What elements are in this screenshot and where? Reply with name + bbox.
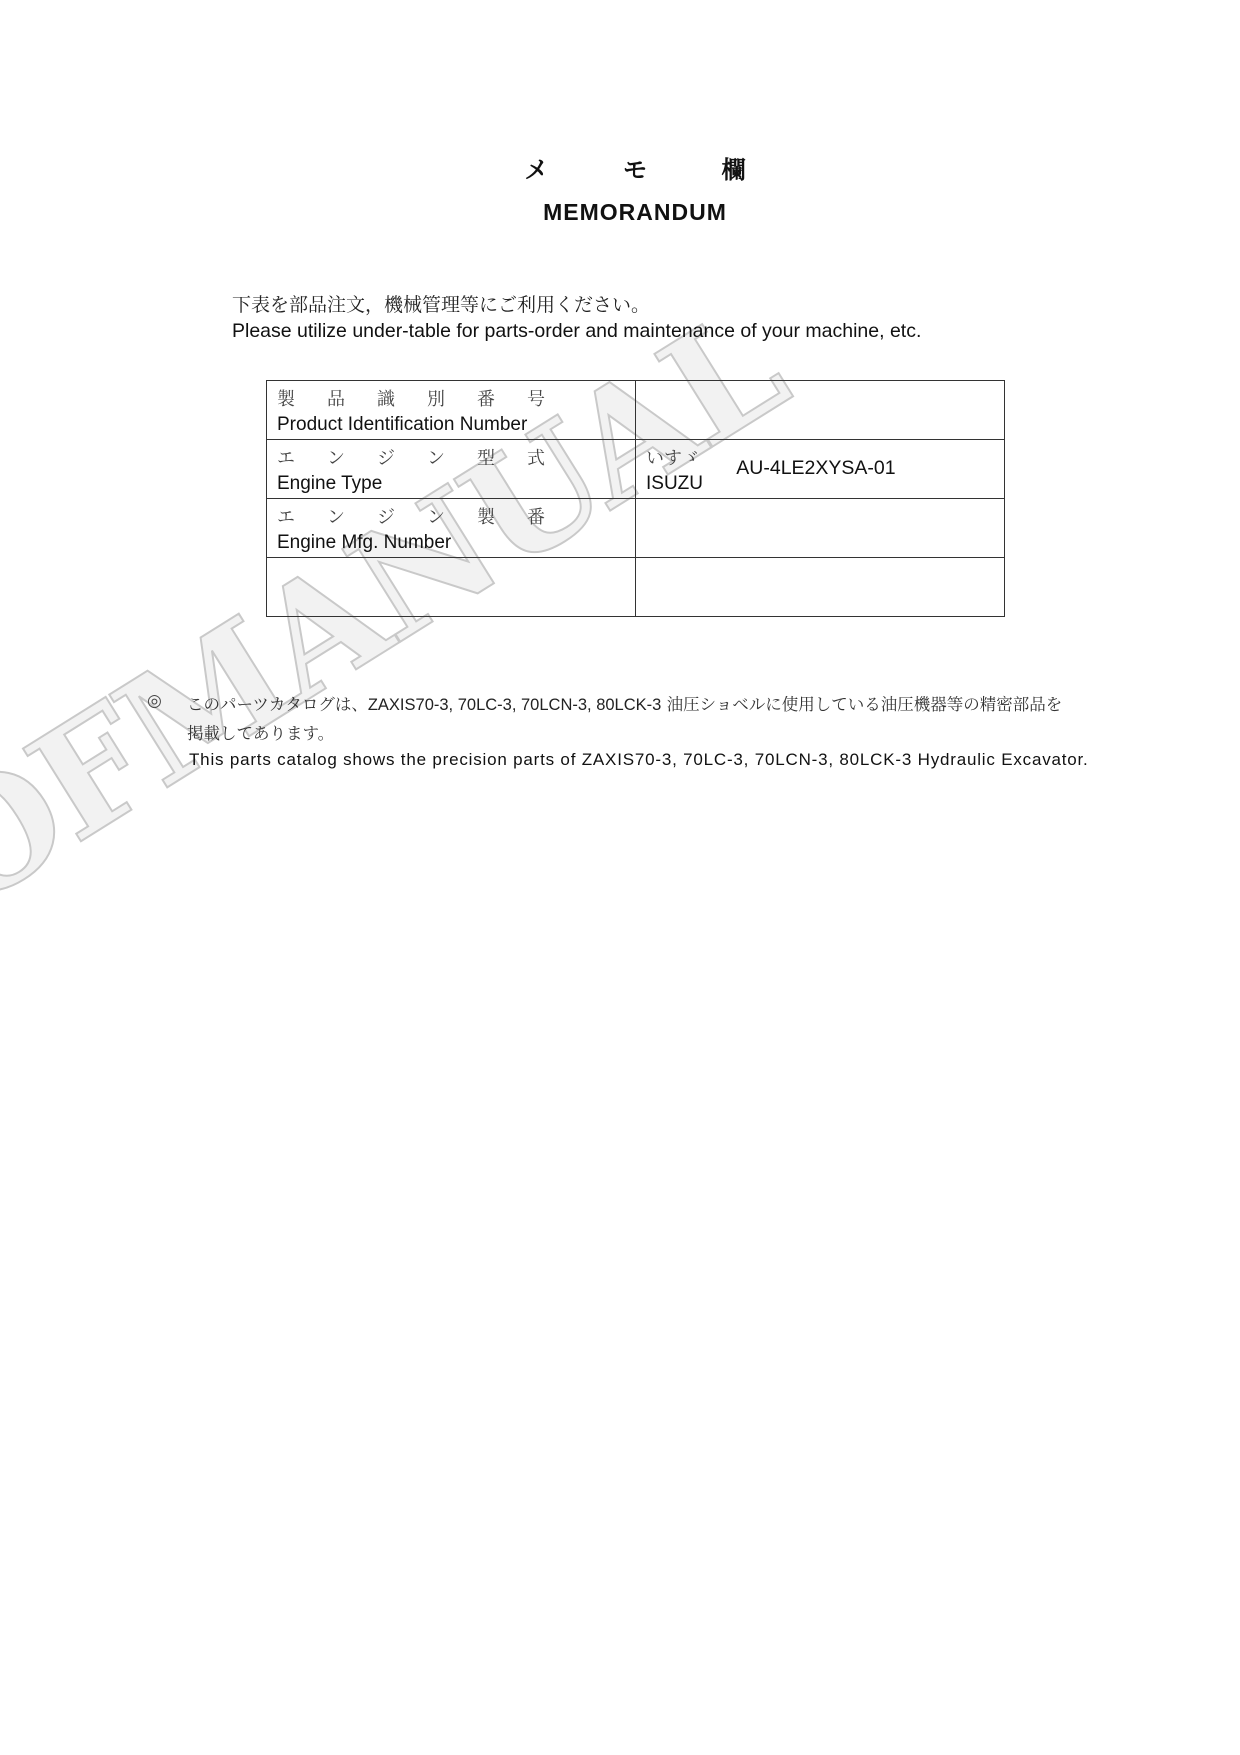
label-english: Engine Mfg. Number xyxy=(277,532,625,554)
note-japanese-line-1: このパーツカタログは、ZAXIS70-3, 70LC-3, 70LCN-3, 8… xyxy=(187,691,1062,715)
table-row-product-id: 製品識別番号 Product Identification Number xyxy=(267,381,1005,440)
label-japanese: 製品識別番号 xyxy=(277,385,625,411)
product-id-value-field[interactable] xyxy=(636,381,1005,440)
engine-mfg-number-value-field[interactable] xyxy=(636,499,1005,558)
intro-text-english: Please utilize under-table for parts-ord… xyxy=(232,320,921,343)
label-english: Product Identification Number xyxy=(277,414,625,436)
table-row-engine-mfg-number: エンジン製番 Engine Mfg. Number xyxy=(267,499,1005,558)
engine-maker-japanese: いすゞ xyxy=(646,444,703,470)
note-english: This parts catalog shows the precision p… xyxy=(189,750,1089,770)
engine-maker: いすゞ ISUZU xyxy=(646,440,703,495)
label-cell: 製品識別番号 Product Identification Number xyxy=(267,381,636,440)
label-japanese: エンジン型式 xyxy=(277,444,625,470)
table-row-engine-type: エンジン型式 Engine Type いすゞ ISUZU AU-4LE2XYSA… xyxy=(267,440,1005,499)
label-cell: エンジン製番 Engine Mfg. Number xyxy=(267,499,636,558)
label-english: Engine Type xyxy=(277,473,625,495)
page-title: MEMORANDUM xyxy=(0,199,1240,226)
title-char: モ xyxy=(623,150,647,185)
label-japanese: エンジン製番 xyxy=(277,503,625,529)
table-row-blank xyxy=(267,558,1005,617)
double-circle-bullet-icon: ◎ xyxy=(147,691,162,711)
title-char: 欄 xyxy=(722,150,746,185)
note-japanese-line-2: 掲載してあります。 xyxy=(187,720,334,744)
blank-label-cell[interactable] xyxy=(267,558,636,617)
model-list: ZAXIS70-3, 70LC-3, 70LCN-3, 80LCK-3 xyxy=(368,696,661,714)
engine-type-value-field[interactable]: いすゞ ISUZU AU-4LE2XYSA-01 xyxy=(636,440,1005,499)
label-cell: エンジン型式 Engine Type xyxy=(267,440,636,499)
engine-maker-english: ISUZU xyxy=(646,473,703,495)
blank-value-cell[interactable] xyxy=(636,558,1005,617)
intro-text-japanese: 下表を部品注文，機械管理等にご利用ください。 xyxy=(232,290,650,317)
page-title-japanese: メ モ 欄 xyxy=(0,150,1240,185)
title-char: メ xyxy=(524,150,548,185)
engine-model: AU-4LE2XYSA-01 xyxy=(736,457,895,480)
memo-table: 製品識別番号 Product Identification Number エンジ… xyxy=(266,380,1005,617)
